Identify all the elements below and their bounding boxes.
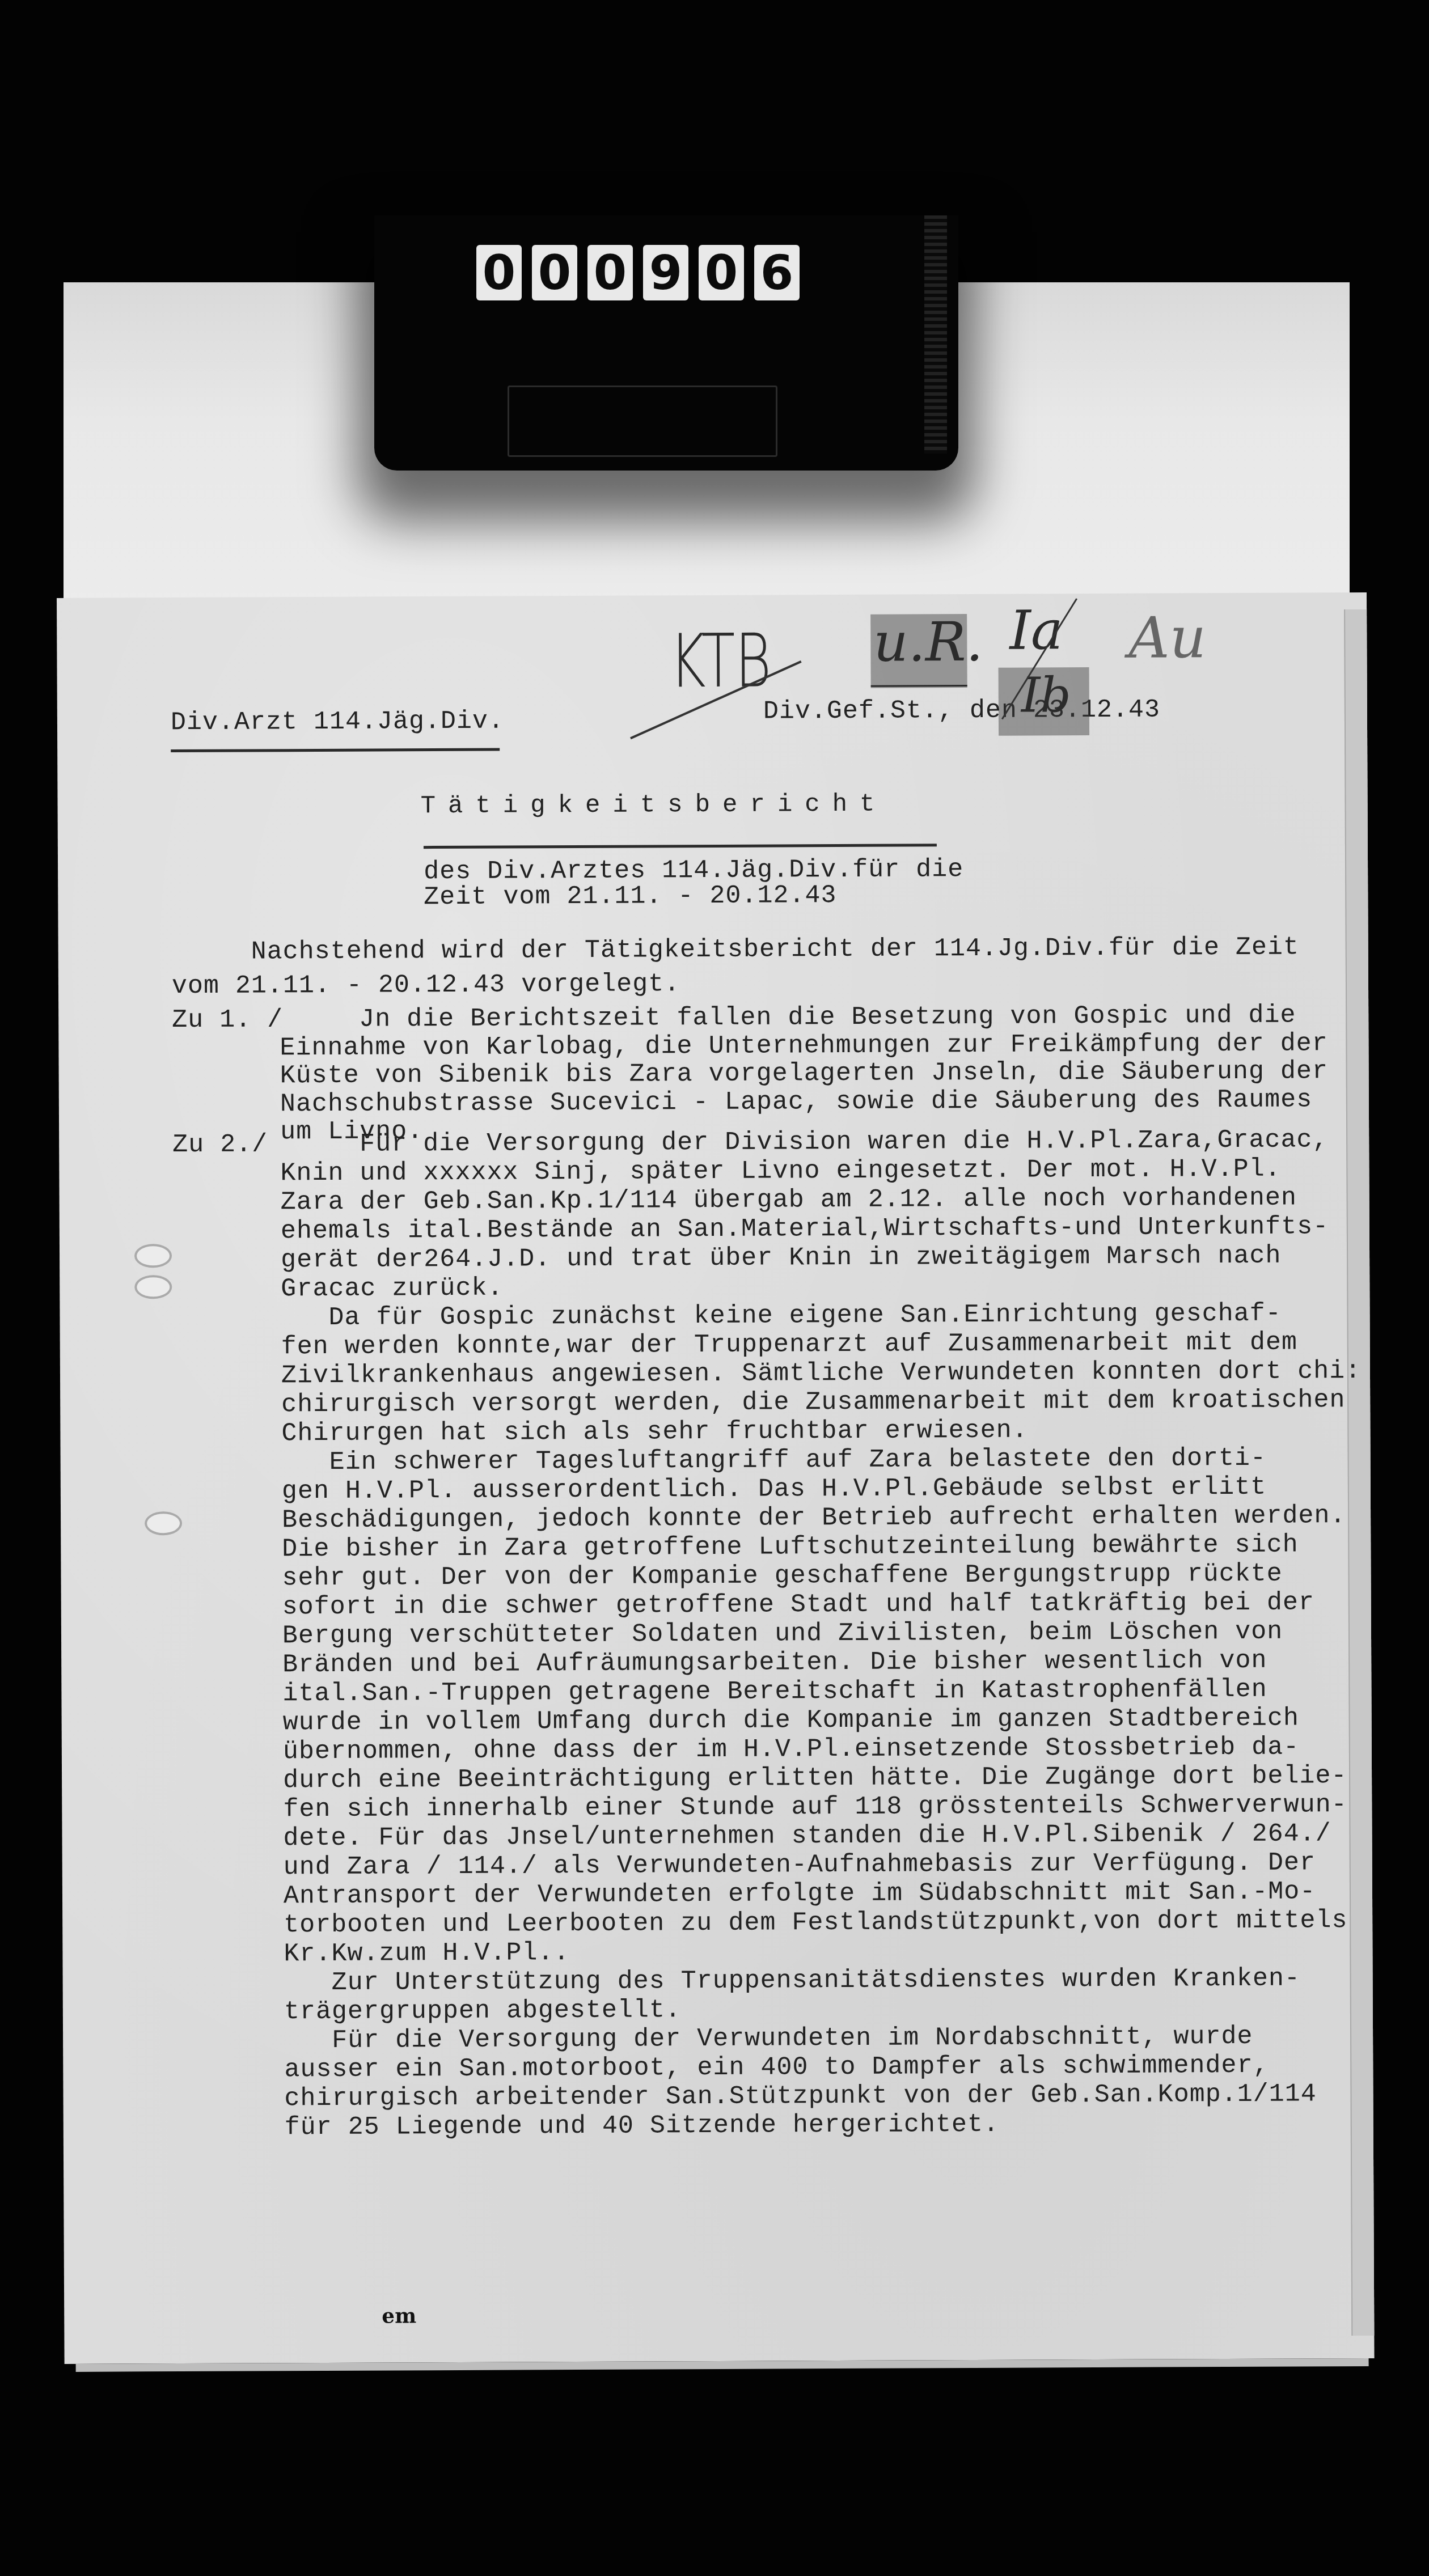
handwritten-initials: Au [1128,604,1206,671]
section-2-line: Antransport der Verwundeten erfolgte im … [284,1877,1316,1910]
section-2-line: ausser ein San.motorboot, ein 400 to Dam… [284,2051,1269,2084]
section-2-line: chirurgisch arbeitender San.Stützpunkt v… [284,2079,1317,2113]
margin-insertion: em [382,2304,416,2328]
section-2-line: Bergung verschütteter Soldaten und Zivil… [282,1617,1283,1651]
section-2-line: Zivilkrankenhaus angewiesen. Sämtliche V… [281,1357,1362,1390]
section-2-line: Für die Versorgung der Verwundeten im No… [284,2022,1253,2055]
section-2-line: gerät der264.J.D. und trat über Knin in … [281,1242,1281,1275]
section-2-line: durch eine Beeinträchtigung erlitten hät… [283,1761,1347,1795]
section-2-line: für 25 Liegende und 40 Sitzende hergeric… [285,2110,999,2142]
section-2-line: Kr.Kw.zum H.V.Pl.. [284,1938,569,1968]
section-2-line: dete. Für das Jnsel/unternehmen standen … [283,1819,1331,1853]
section-2-line: Beschädigungen, jedoch konnte der Betrie… [282,1501,1346,1535]
section-2-line: Für die Versorgung der Division waren di… [280,1125,1329,1159]
section-2-line: Gracac zurück. [281,1274,503,1304]
section-2-line: gen H.V.Pl. ausserordentlich. Das H.V.Pl… [282,1473,1266,1506]
handwritten-ktb: KTB [669,618,771,705]
section-2-line: ital.San.-Truppen getragene Bereitschaft… [282,1675,1267,1709]
counter-knurl [924,215,947,454]
section-2-line: Knin und xxxxxx Sinj, später Livno einge… [280,1155,1280,1188]
counter-digit: 0 [532,245,577,300]
sender-line: Div.Arzt 114.Jäg.Div. [171,707,504,738]
section-2-line: Bränden und bei Aufräumungsarbeiten. Die… [282,1646,1267,1680]
section-2-line: Zara der Geb.San.Kp.1/114 übergab am 2.1… [281,1183,1297,1217]
document-page: Div.Arzt 114.Jäg.Div. Div.Gef.St., den 2… [57,592,1375,2364]
handwritten-ur: u.R. [873,611,983,674]
counter-digit: 0 [699,245,744,300]
intro-line: Nachstehend wird der Tätigkeitsbericht d… [172,933,1300,967]
punch-hole [145,1511,182,1535]
counter-digit: 6 [754,245,800,300]
section-2-line: Die bisher in Zara getroffene Luftschutz… [282,1530,1298,1564]
section-2-line: ehemals ital.Bestände an San.Material,Wi… [281,1212,1329,1245]
section-2-line: Chirurgen hat sich als sehr fruchtbar er… [281,1416,1028,1448]
intro-line: vom 21.11. - 20.12.43 vorgelegt. [172,969,680,1001]
section-2-line: trägergruppen abgestellt. [284,1995,681,2026]
section-2-line: und Zara / 114./ als Verwundeten-Aufnahm… [284,1848,1316,1882]
title-underline [424,844,937,849]
counter-digit: 0 [587,245,633,300]
punch-hole [134,1275,172,1299]
section-2-line: Da für Gospic zunächst keine eigene San.… [281,1299,1281,1333]
section-2-line: fen sich innerhalb einer Stunde auf 118 … [283,1790,1347,1824]
section-label: Zu 2./ [172,1130,268,1159]
punch-hole [134,1244,172,1268]
section-2-line: Zur Unterstützung des Truppensanitätsdie… [284,1964,1300,1997]
section-2-line: sehr gut. Der von der Kompanie geschaffe… [282,1560,1282,1593]
section-2-line: übernommen, ohne dass der im H.V.Pl.eins… [283,1732,1299,1766]
subtitle-line: Zeit vom 21.11. - 20.12.43 [424,881,836,912]
counter-digit: 9 [643,245,688,300]
frame-counter-device: 0 0 0 9 0 6 [374,215,958,471]
counter-label-plate [508,385,777,457]
counter-digit: 0 [476,245,522,300]
section-label: Zu 1. / [172,1005,283,1035]
section-2-line: sofort in die schwer getroffene Stadt un… [282,1588,1315,1621]
section-1-line: Nachschubstrasse Sucevici - Lapac, sowie… [280,1085,1313,1118]
section-2-line: torbooten und Leerbooten zu dem Festland… [284,1906,1348,1939]
frame-counter: 0 0 0 9 0 6 [476,245,800,300]
section-2-line: fen werden konnte,war der Truppenarzt au… [281,1328,1297,1361]
section-2-line: chirurgisch versorgt werden, die Zusamme… [281,1386,1346,1419]
sender-underline [171,748,500,753]
report-title: Tätigkeitsbericht [420,790,887,821]
section-2-line: Ein schwerer Tagesluftangriff auf Zara b… [282,1444,1266,1477]
place-date-line: Div.Gef.St., den 23.12.43 [763,696,1160,726]
section-2-line: wurde in vollem Umfang durch die Kompani… [283,1704,1299,1737]
